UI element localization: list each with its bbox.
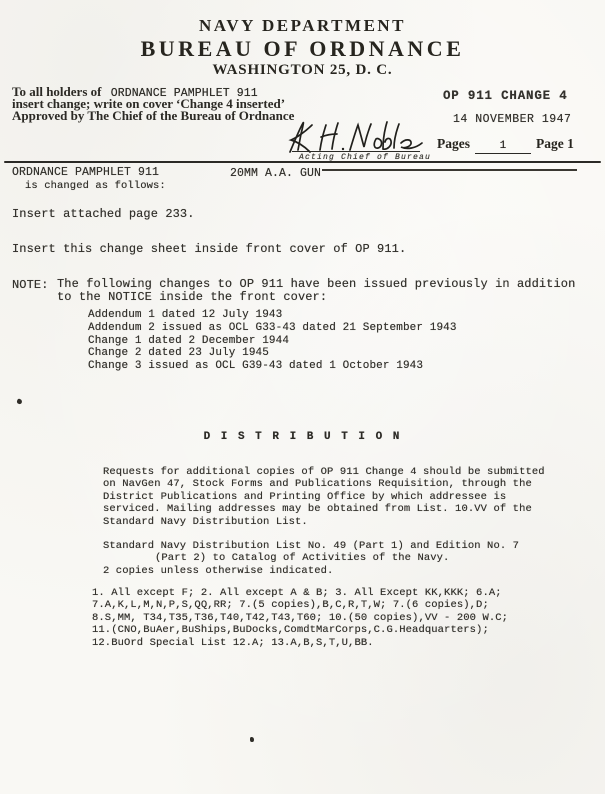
signature-line	[292, 151, 420, 152]
header-divider-rule	[4, 161, 601, 163]
ink-speck	[16, 398, 22, 404]
distribution-line: serviced. Mailing addresses may be obtai…	[103, 503, 545, 515]
distribution-codes-line: 1. All except F; 2. All except A & B; 3.…	[92, 587, 508, 599]
distribution-line: District Publications and Printing Offic…	[103, 491, 545, 503]
approved-line: Approved by The Chief of the Bureau of O…	[12, 108, 294, 124]
change-item: Change 2 dated 23 July 1945	[88, 347, 457, 360]
distribution-line: Standard Navy Distribution List No. 49 (…	[103, 540, 519, 552]
subject-changed-as-follows: is changed as follows:	[25, 180, 166, 192]
change-item: Change 1 dated 2 December 1944	[88, 335, 457, 348]
distribution-codes: 1. All except F; 2. All except A & B; 3.…	[92, 587, 508, 649]
distribution-codes-line: 12.BuOrd Special List 12.A; 13.A,B,S,T,U…	[92, 637, 508, 649]
distribution-codes-line: 11.(CNO,BuAer,BuShips,BuDocks,ComdtMarCo…	[92, 624, 508, 636]
op-change-reference: OP 911 CHANGE 4	[443, 89, 568, 103]
distribution-line: 2 copies unless otherwise indicated.	[103, 565, 519, 577]
pages-count-blank: 1	[475, 140, 531, 154]
document-page: NAVY DEPARTMENT BUREAU OF ORDNANCE WASHI…	[0, 0, 605, 794]
ink-speck	[250, 737, 254, 742]
pages-label: Pages	[437, 136, 470, 151]
distribution-codes-line: 7.A,K,L,M,N,P,S,QQ,RR; 7.(5 copies),B,C,…	[92, 599, 508, 611]
letterhead-city: WASHINGTON 25, D. C.	[0, 62, 605, 79]
distribution-line: Requests for additional copies of OP 911…	[103, 466, 545, 478]
page-number: Page 1	[536, 136, 574, 151]
note-line: to the NOTICE inside the front cover:	[57, 291, 575, 304]
subject-gun: 20MM A.A. GUN	[230, 167, 321, 180]
insert-page-line: Insert attached page 233.	[12, 207, 195, 221]
distribution-line: on NavGen 47, Stock Forms and Publicatio…	[103, 478, 545, 490]
note-label: NOTE:	[12, 278, 49, 292]
pages-row: Pages1Page 1	[437, 136, 574, 154]
letterhead-bureau: BUREAU OF ORDNANCE	[0, 36, 605, 62]
letterhead-department: NAVY DEPARTMENT	[0, 16, 605, 36]
distribution-heading: D I S T R I B U T I O N	[0, 431, 605, 443]
distribution-codes-line: 8.S,MM, T34,T35,T36,T40,T42,T43,T60; 10.…	[92, 612, 508, 624]
note-paragraph: The following changes to OP 911 have bee…	[57, 278, 575, 304]
change-item: Addendum 2 issued as OCL G33-43 dated 21…	[88, 322, 457, 335]
change-item: Addendum 1 dated 12 July 1943	[88, 309, 457, 322]
distribution-line: (Part 2) to Catalog of Activities of the…	[103, 552, 519, 564]
previous-changes-list: Addendum 1 dated 12 July 1943 Addendum 2…	[88, 309, 457, 373]
distribution-paragraph-1: Requests for additional copies of OP 911…	[103, 466, 545, 528]
subject-trailing-rule	[322, 169, 577, 171]
document-date: 14 NOVEMBER 1947	[453, 113, 571, 126]
change-item: Change 3 issued as OCL G39-43 dated 1 Oc…	[88, 360, 457, 373]
distribution-line: Standard Navy Distribution List.	[103, 516, 545, 528]
subject-pamphlet: ORDNANCE PAMPHLET 911	[12, 166, 159, 179]
distribution-paragraph-2: Standard Navy Distribution List No. 49 (…	[103, 540, 519, 577]
insert-sheet-line: Insert this change sheet inside front co…	[12, 242, 406, 256]
